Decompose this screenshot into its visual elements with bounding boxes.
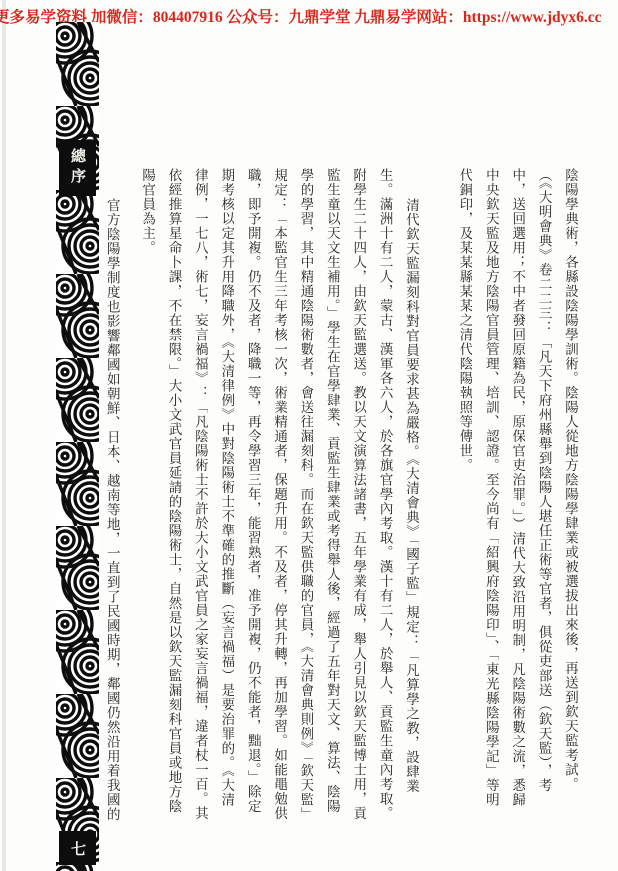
- text-column: 陰陽學典術，各縣設陰陽學訓術。陰陽人從地方陰陽學肆業或被選拔出來後，再送到欽天監…: [563, 168, 578, 852]
- text-column: （《大明會典》卷二二三：「凡天下府州縣舉到陰陽人堪任正術等官者，俱從吏部送（欽天…: [536, 168, 551, 852]
- text-column: 職，即予開複。仍不及者，降職一等，再令學習三年，能習熟者，准予開複，仍不能者，黜…: [245, 168, 260, 852]
- main-text: 陰陽學典術，各縣設陰陽學訓術。陰陽人從地方陰陽學肆業或被選拔出來後，再送到欽天監…: [78, 168, 578, 852]
- text-column: 中央欽天監及地方陰陽官員管理、培訓、認證。至今尚有「紹興府陰陽印」、「東光縣陰陽…: [483, 168, 498, 852]
- book-page: 更多易学资料 加微信：804407916 公众号：九鼎学堂 九鼎易学网站：htt…: [0, 0, 618, 871]
- text-column: 期考核以定其升用降職外，《大清律例》中對陰陽術士不準確的推斷（妄言禍福）是要治罪…: [219, 168, 234, 852]
- text-column: 依經推算星命卜課，不在禁限。」大小文武官員延請的陰陽術士，自然是以欽天監漏刻科官…: [166, 168, 181, 852]
- page-number-text: 七: [67, 841, 88, 856]
- text-column: 監生童以天文生補用。」學生在官學肆業、貢監生肆業或考得舉人後，經過了五年對天文、…: [324, 168, 339, 852]
- text-column: 學的學習，其中精通陰陽術數者，會送往漏刻科。而在欽天監供職的官員，《大清會典則例…: [298, 168, 313, 852]
- scan-edge-shadow: [2, 0, 6, 871]
- section-label-text: 總序: [67, 148, 88, 188]
- text-column: 律例，一七八，術七，妄言禍福》：「凡陰陽術士不許於大小文武官員之家妄言禍福，違者…: [193, 168, 208, 852]
- text-column: 代銅印，及某某縣某某之清代陰陽執照等傳世。: [457, 168, 472, 852]
- section-label: 總序: [59, 140, 96, 196]
- text-column: 陽官員為主。: [140, 168, 155, 852]
- page-number: 七: [59, 831, 96, 865]
- text-column: 清代欽天監漏刻科對官員要求甚為嚴格。《大清會典》「國子監」規定：「凡算學之教，設…: [404, 168, 419, 852]
- text-column: 附學生二十四人，由欽天監選送。教以天文演算法諸書，五年學業有成，舉人引見以欽天監…: [351, 168, 366, 852]
- text-column: 規定：「本監官生三年考核一次，術業精通者，保題升用。不及者，停其升轉，再加學習。…: [272, 168, 287, 852]
- text-column: 生。滿洲十有二人，蒙古、漢軍各六人，於各旗官學內考取。漢十有二人，於舉人、貢監生…: [377, 168, 392, 852]
- text-column: 官方陰陽學制度也影響鄰國如朝鮮、日本、越南等地，一直到了民國時期，鄰國仍然沿用着…: [104, 168, 119, 852]
- text-column: 中，送回選用；不中者發回原籍為民，原保官吏治罪。」）清代大致沿用明制，凡陰陽術數…: [510, 168, 525, 852]
- decorative-wave-border: 總序 七: [56, 22, 99, 871]
